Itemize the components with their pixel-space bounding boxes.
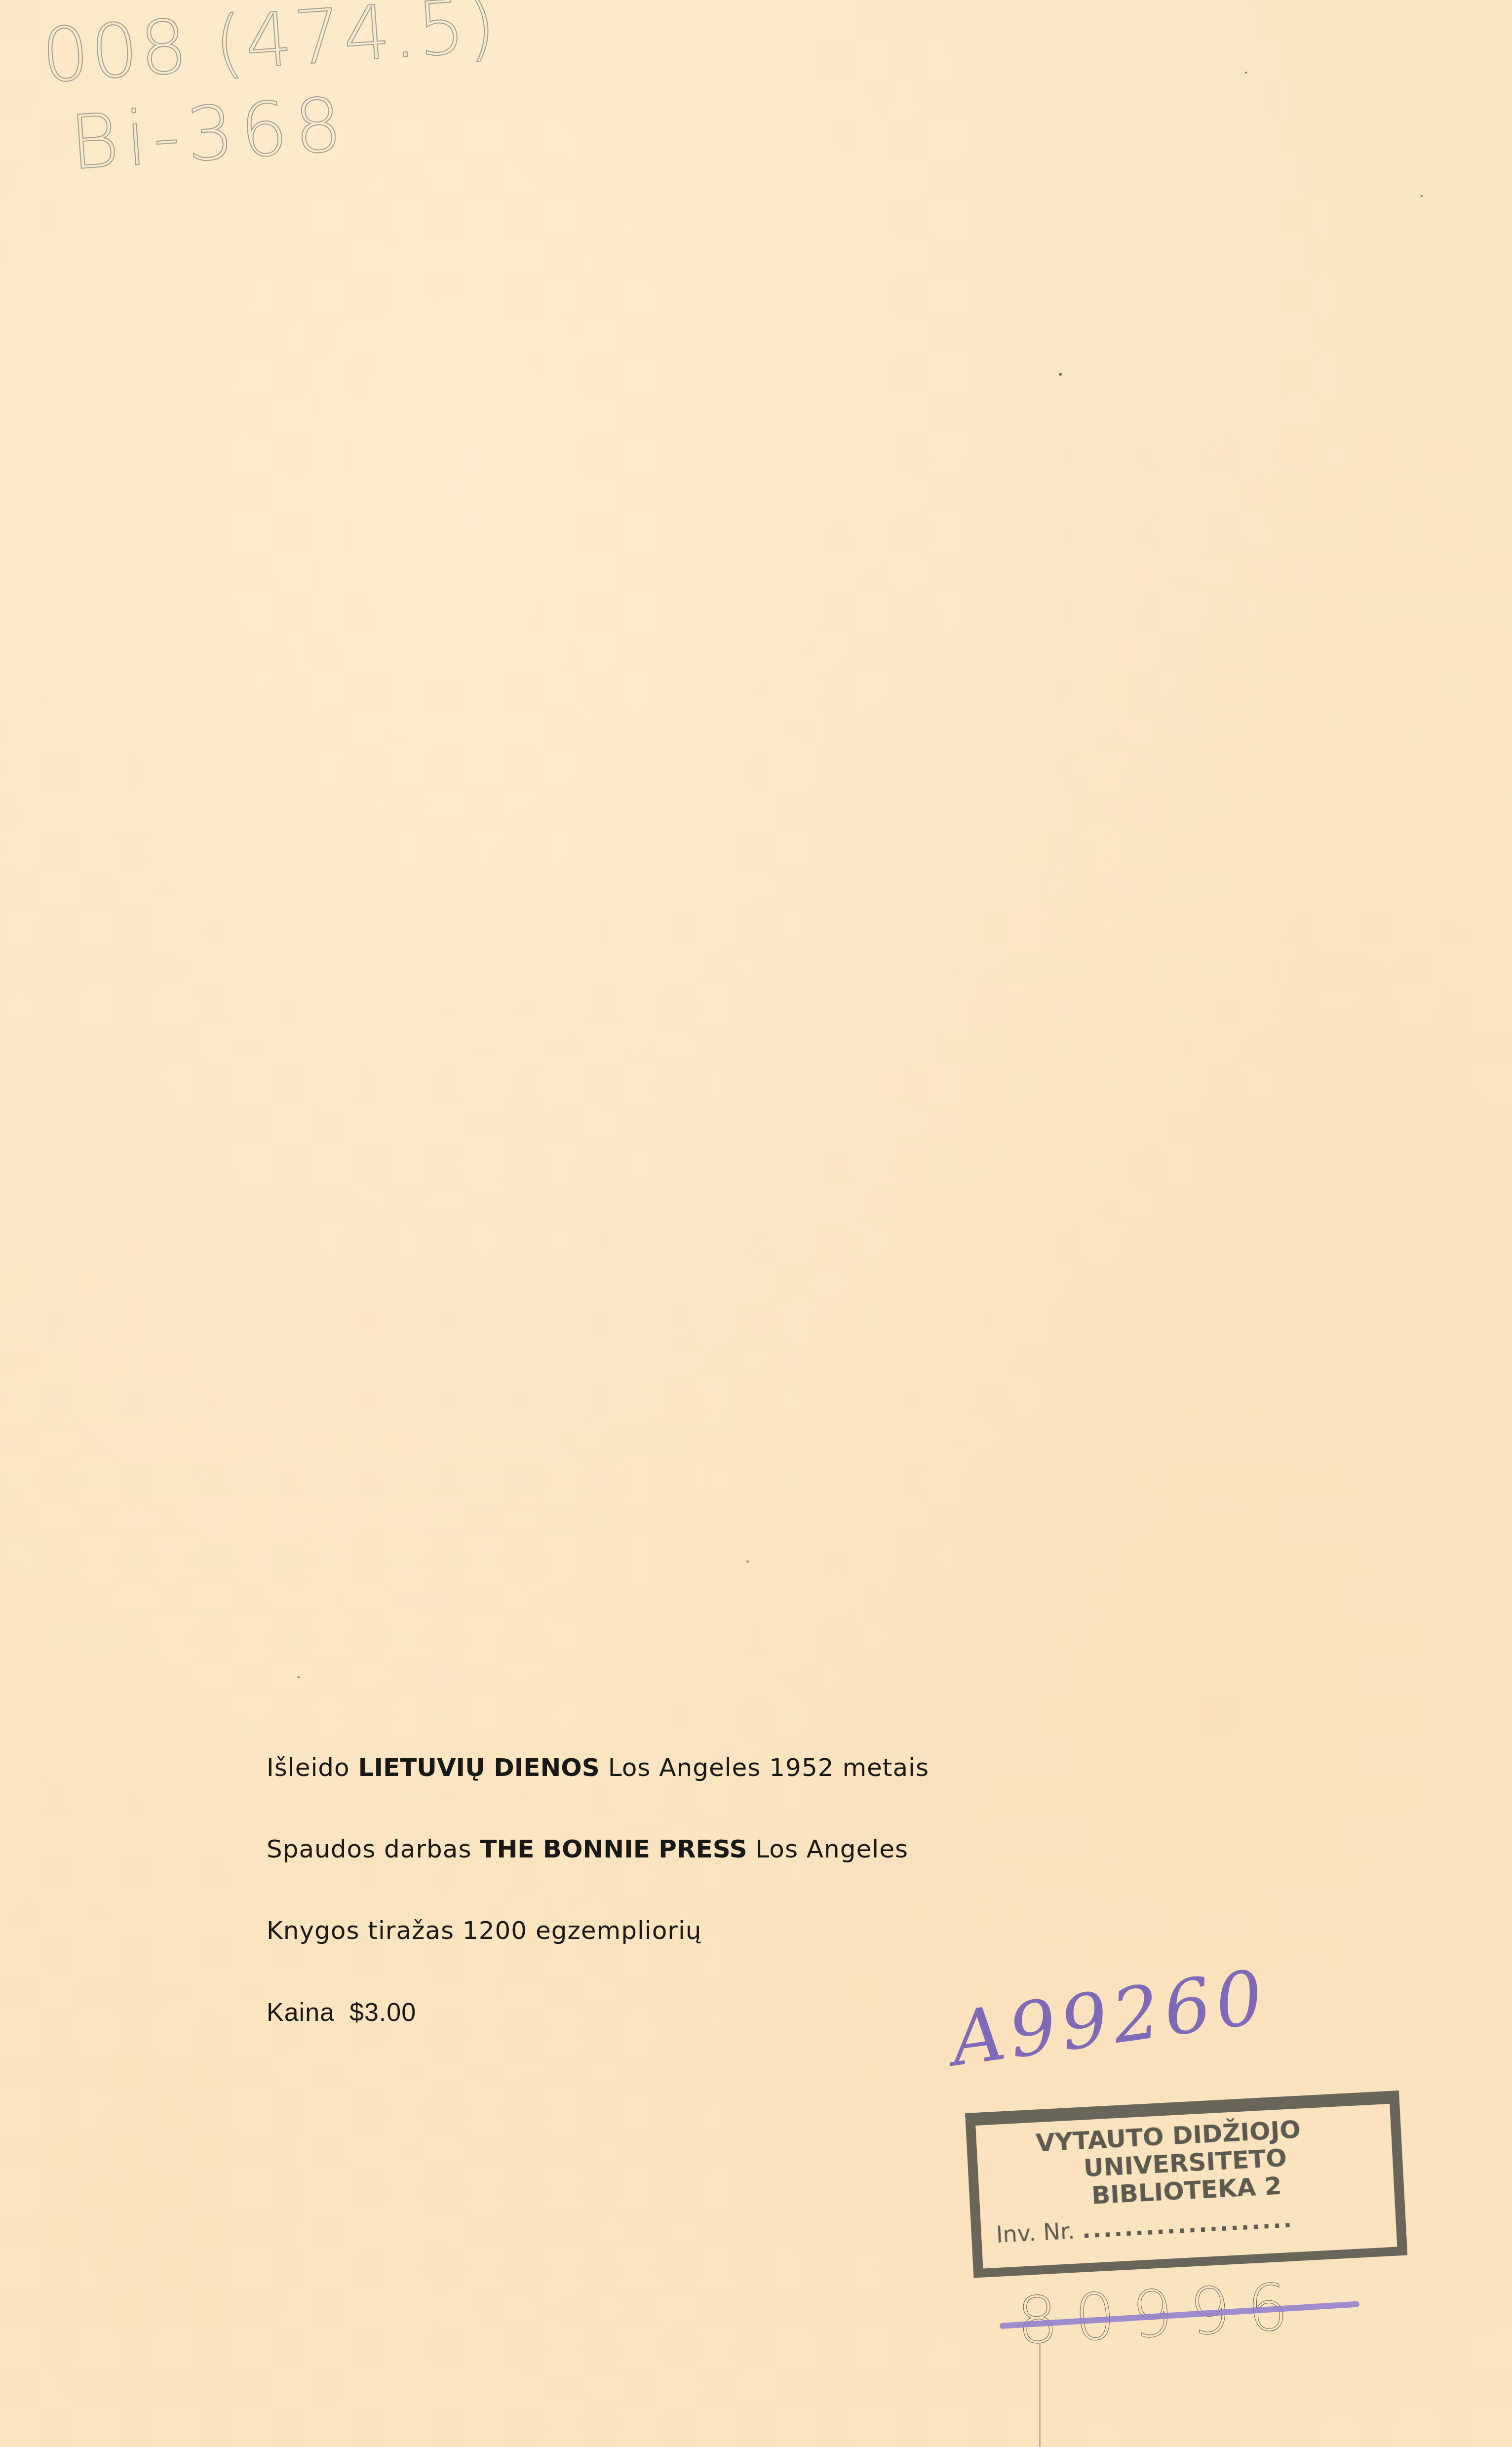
accession-number: A99260: [946, 1954, 1273, 2083]
imprint-printer-line: Spaudos darbas THE BONNIE PRESS Los Ange…: [267, 1837, 929, 1861]
imprint-printer-place: Los Angeles: [755, 1835, 908, 1863]
paper-speck: [1421, 195, 1423, 197]
imprint-published-by-label: Išleido: [267, 1753, 350, 1782]
imprint-block: Išleido LIETUVIŲ DIENOS Los Angeles 1952…: [267, 1755, 929, 2024]
imprint-publisher-name: LIETUVIŲ DIENOS: [358, 1753, 600, 1782]
imprint-publisher-line: Išleido LIETUVIŲ DIENOS Los Angeles 1952…: [267, 1755, 929, 1780]
imprint-price-label: Kaina: [267, 1998, 335, 2027]
handwritten-call-number: 008 (474.5) Bi-368: [39, 0, 506, 182]
stamp-inventory-label: Inv. Nr.: [996, 2217, 1076, 2248]
call-number-classification: 008 (474.5): [39, 0, 500, 94]
imprint-printed-by-label: Spaudos darbas: [267, 1835, 471, 1863]
paper-speck: [298, 1676, 300, 1678]
library-stamp: VYTAUTO DIDŽIOJO UNIVERSITETO BIBLIOTEKA…: [965, 2091, 1407, 2278]
imprint-printer-name: THE BONNIE PRESS: [480, 1835, 747, 1863]
imprint-publication-place-year: Los Angeles 1952 metais: [608, 1753, 929, 1782]
imprint-price-line: Kaina$3.00: [267, 2000, 929, 2024]
stamp-inventory-dots: ....................: [1081, 2206, 1294, 2243]
paper-speck: [746, 1560, 749, 1563]
imprint-print-run-line: Knygos tiražas 1200 egzempliorių: [267, 1918, 929, 1943]
paper-speck: [1059, 373, 1062, 376]
paper-speck: [1245, 72, 1247, 74]
pencil-mark-line: [1039, 2343, 1041, 2447]
imprint-price-value: $3.00: [349, 1998, 416, 2027]
